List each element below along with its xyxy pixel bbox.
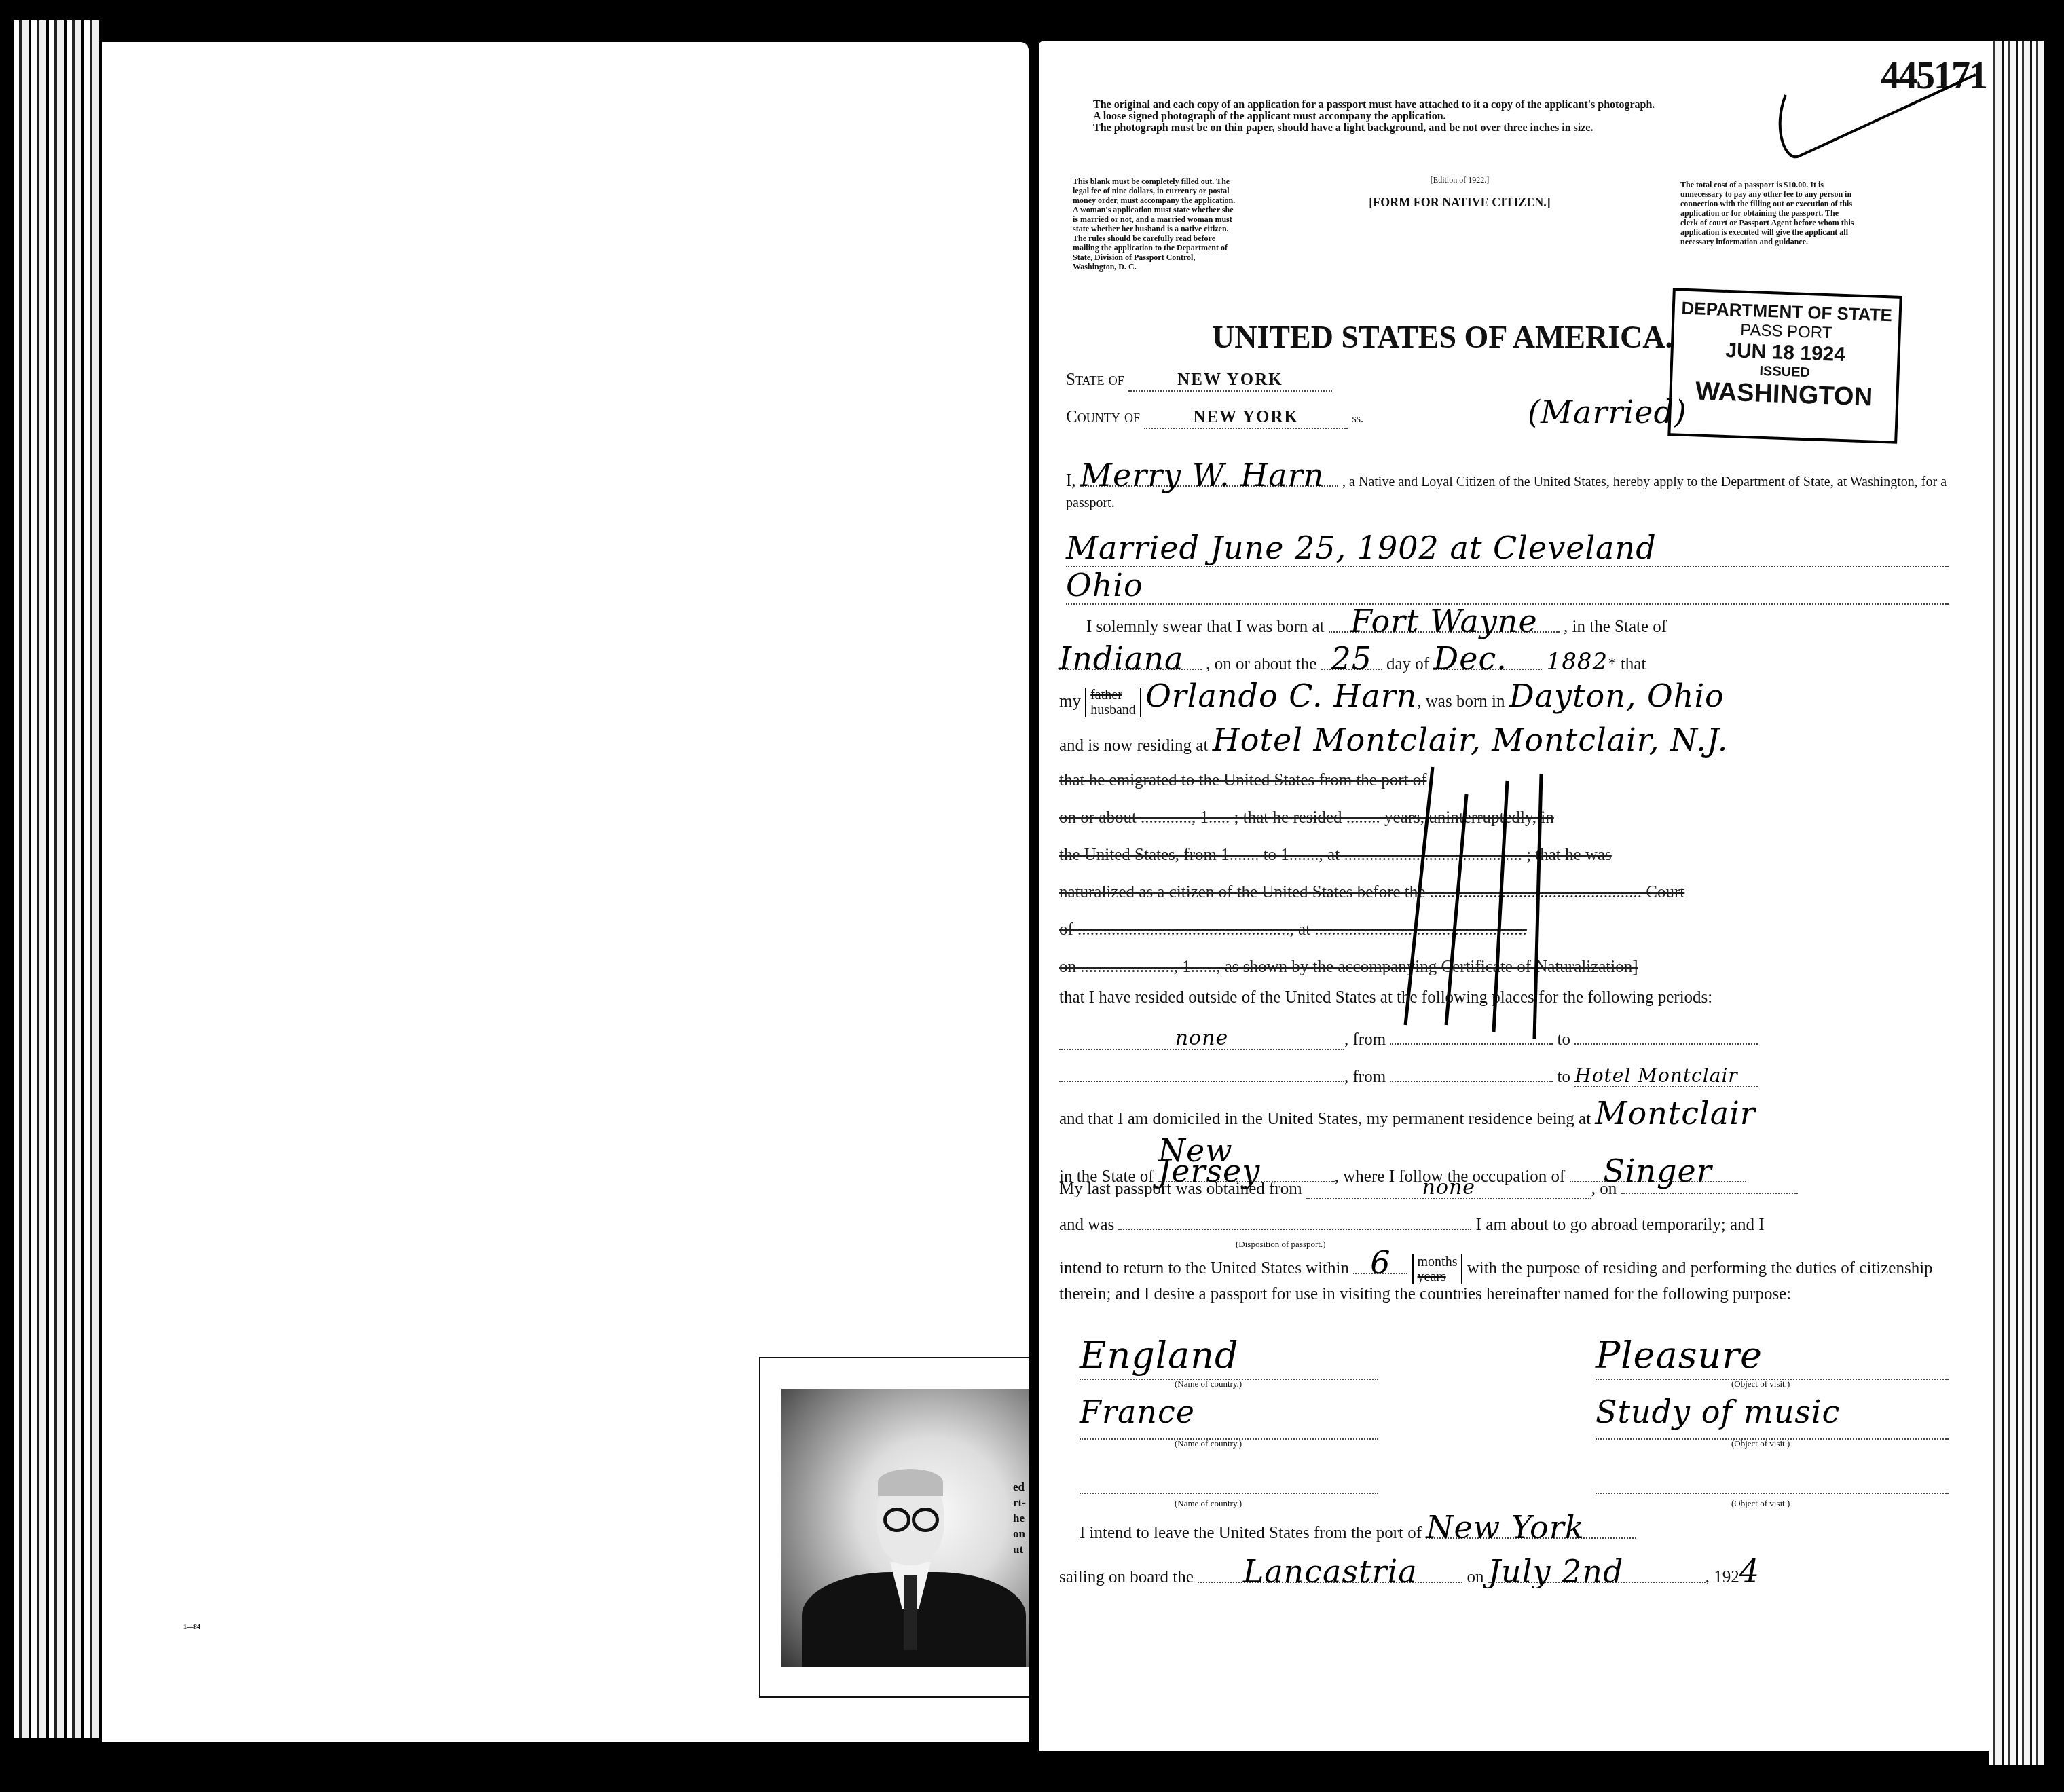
book-page-edges-right — [1989, 41, 2044, 1765]
photo-hair — [878, 1469, 943, 1496]
cost-notice: The total cost of a passport is $10.00. … — [1680, 180, 1857, 246]
photo-tie — [904, 1575, 917, 1650]
birth-line: I solemnly swear that I was born at Fort… — [1086, 611, 1667, 637]
book-page-edges-left — [14, 20, 102, 1738]
sailing-line: sailing on board the Lancastria on July … — [1059, 1561, 1760, 1588]
marriage-line: Married June 25, 1902 at Cleveland — [1066, 529, 1949, 567]
countries-table: England(Name of country.) Pleasure(Objec… — [1080, 1334, 1949, 1494]
photo-glasses-icon — [883, 1508, 938, 1525]
married-annotation: (Married) — [1528, 394, 1687, 430]
applicant-photo — [781, 1389, 1033, 1667]
right-page: 445171 The original and each copy of an … — [1039, 41, 1989, 1751]
fee-notice: This blank must be completely filled out… — [1073, 176, 1239, 272]
husband-line: my fatherhusband Orlando C. Harn, was bo… — [1059, 686, 1725, 717]
last-passport-line: My last passport was obtained from none,… — [1059, 1178, 1798, 1199]
form-title: [FORM FOR NATIVE CITIZEN.] — [1338, 195, 1582, 210]
country-row: France(Name of country.) Study of music(… — [1080, 1394, 1949, 1440]
passport-issued-stamp: DEPARTMENT OF STATE PASS PORT JUN 18 192… — [1667, 288, 1902, 444]
disposition-line: and was I am about to go abroad temporar… — [1059, 1215, 1765, 1235]
disposition-caption: (Disposition of passport.) — [1236, 1239, 1326, 1250]
edition-label: [Edition of 1922.] — [1338, 175, 1582, 185]
page-title: UNITED STATES OF AMERICA. — [1212, 319, 1673, 355]
return-line: intend to return to the United States wi… — [1059, 1252, 1955, 1305]
resided-outside-text: that I have resided outside of the Unite… — [1059, 988, 1712, 1008]
outside-row-2: , from to Hotel Montclair — [1059, 1066, 1758, 1087]
county-field: County of NEW YORK ss. — [1066, 407, 1363, 430]
marriage-line-2: Ohio — [1066, 567, 1949, 605]
country-row: England(Name of country.) Pleasure(Objec… — [1080, 1334, 1949, 1380]
applicant-line: I, Merry W. Harn , a Native and Loyal Ci… — [1066, 465, 1962, 513]
state-field: State of NEW YORK — [1066, 370, 1332, 392]
outside-row-1: none, from to — [1059, 1028, 1758, 1050]
top-notice: The original and each copy of an applica… — [1093, 99, 1840, 134]
book-gutter — [1029, 27, 1039, 1778]
port-line: I intend to leave the United States from… — [1080, 1517, 1636, 1544]
residence-line: and is now residing at Hotel Montclair, … — [1059, 730, 1728, 756]
domicile-line: and that I am domiciled in the United St… — [1059, 1103, 1756, 1130]
left-form-code: 1—84 — [183, 1624, 200, 1631]
bleed-text: ed rt- he on ut — [1013, 1479, 1026, 1557]
country-row: (Name of country.) (Object of visit.) — [1080, 1453, 1949, 1494]
right-page-lower — [1039, 1588, 1989, 1751]
left-page: ed rt- he on ut 1—84 — [102, 42, 1029, 1742]
birth-date-line: Indiana , on or about the 25 day of Dec.… — [1059, 648, 1646, 675]
